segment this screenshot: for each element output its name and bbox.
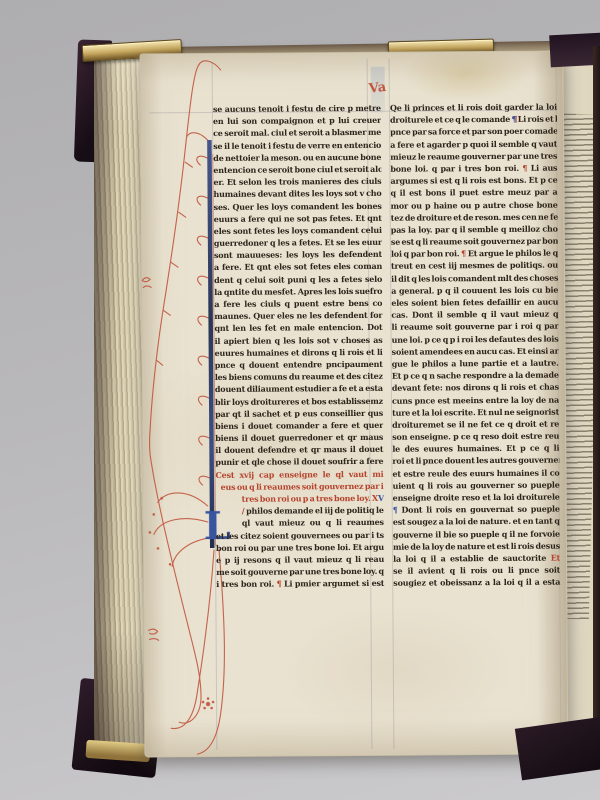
text-line: / philos demande el iij de politiq le [216,505,384,518]
text-line: se il le tenoit i festu de verre en ente… [213,139,381,152]
text-line: ¶ Dont li rois en gouvernat so pueple [393,504,560,517]
text-segment: Li rois et li [518,114,557,124]
text-line: il apiert bien q les lois sot v choses a… [215,334,383,347]
text-segment: q il est bons il puet estre meuz par a [390,187,557,198]
text-segment: i tres bon roi. [216,579,276,589]
text-line: est sougez a la loi de nature. et en tan… [393,516,560,529]
text-segment: ¶ [277,579,284,589]
text-line: argumes si est q li rois est bons. Et p … [390,175,557,188]
text-line: une loi. p ce q p i roi les defautes des… [392,333,559,346]
text-line: la qntite du mesfet. Apres les lois suef… [214,286,382,299]
text-segment: euures humaines et dirons q li rois et l… [215,347,383,358]
right-text-column: Qe li princes et li rois doit garder la … [390,102,560,591]
book-cover-right-edge [593,46,600,756]
text-segment: punir et qle chose il douet soufrir a fe… [215,456,383,467]
text-segment: biens il douet guerredoner et qr maus [215,432,383,443]
text-segment: son enseigne. p ce q reso doit estre reu [392,431,559,442]
text-segment: eles soient bien fetes defaillir en aucu [391,297,558,308]
text-segment: a fere les ciuls q puent estre bens co [214,298,382,309]
text-segment: ture et la loi escrite. Et nul ne seigno… [392,406,559,417]
text-segment: se il avient q li rois ou li pnce soit [393,565,560,576]
text-line: biens i douet comander a fere et quer [215,420,383,433]
text-segment: il apiert bien q les lois sot v choses a… [215,334,383,345]
text-segment: Et p ce q n sache respondre a la demade [392,370,559,381]
text-line: eles sont fetes les loys comandent celui [214,225,382,238]
text-line: eus ou q li reaumes soit gouvernez par i [216,481,384,494]
text-line: la loi q il a establie de sauctorite Et [393,553,560,566]
text-segment: biens i douet comander a fere et quer [215,420,383,431]
text-segment: pnce par sa force et par son poer comade [390,126,557,137]
text-line: a fere. Et qnt eles sot fetes eles coman [214,261,382,274]
text-segment: le des euures humaines. Et p ce q li [392,443,559,454]
text-line: entencion ce seroit bone ciul et seroit … [213,164,381,177]
text-line: loi q par bon roi. ¶ Et argue le philos … [391,248,558,261]
text-segment: droiturele et ce q le comande [390,114,512,125]
left-text-column: se aucuns tenoit i festu de cire p metre… [213,103,384,592]
text-segment: e p ij resons q il vaut mieuz q li reau [216,554,384,565]
text-line: punir et qle chose il douet soufrir a fe… [215,456,383,469]
text-segment: qnt len les fet en male entencion. Dot [214,322,382,333]
text-line: droiturele et ce q le comande ¶ Li rois … [390,114,557,127]
text-line: bone loi. q par i tres bon roi. ¶ Li aus [390,163,557,176]
text-segment: roi et li pnce douent les autres gouvern… [392,455,559,466]
text-segment: soient amendees en aucu cas. Et einsi ar [392,345,559,356]
text-line: douent diliaument estudier a fe et a est… [215,383,383,396]
text-line: me soit gouverne par une tres bone loy. … [216,566,384,579]
text-line: uient q li rois au gouverner so pueple [393,479,560,492]
text-segment: tez de droiture et de reson. mes cen ne … [391,211,558,222]
text-line: dent q celui soit puni q les a fetes sel… [214,273,382,286]
text-segment: blir loys droitureres et bos establissem… [215,395,383,406]
text-line: i tres bon roi. ¶ Li pmier argumet si es… [216,578,384,591]
text-segment: treut en cest iij mesmes de politiqs. ou [391,260,558,271]
text-segment: ql vaut mieuz ou q li reaumes [242,517,384,528]
text-segment: maunes. Quer eles ne les defendent for [214,310,382,321]
text-segment: ¶ [393,505,402,515]
text-line: ce seroit mal. ciul et seroit a blasmer … [213,127,381,140]
text-segment: gue le philos a lune partie et a lautre. [392,358,559,369]
text-line: humaines devant dites les loys sot v cho [213,188,381,201]
text-segment: en lui son compaignon et p lui creuer [213,115,381,126]
text-line: il douent defendre et qr maus il douet [215,444,383,457]
text-line: cas. Dont il semble q il vaut mieuz q [391,309,558,322]
text-line: qnt len les fet en male entencion. Dot [214,322,382,335]
text-segment: droituremet se il ne fet ce q droit et r… [392,418,559,429]
text-segment: sont mauueses: les loys les defendent [214,249,382,260]
text-segment: il douent defendre et qr maus il douet [215,444,383,455]
text-segment: dent q celui soit puni q les a fetes sel… [214,273,382,284]
text-line: se est q li reaume soit gouvernez par bo… [391,236,558,249]
text-segment: enseigne droite reso et la loi droiturel… [393,492,560,503]
text-line: a fere et agarder p quoi il semble q vau… [390,138,557,151]
text-line: mie de la loy de nature et est li rois d… [393,540,560,553]
text-line: il dit q les lois comandent mlt des chos… [391,272,558,285]
text-line: en lui son compaignon et p lui creuer [213,115,381,128]
text-segment: Dont li rois en gouvernat so pueple [401,504,559,515]
text-segment: se il le tenoit i festu de verre en ente… [213,139,381,150]
text-line: gue le philos a lune partie et a lautre. [392,358,559,371]
text-line: le des euures humaines. Et p ce q li [392,443,559,456]
text-segment: me soit gouverne par une tres bone loy. … [216,566,384,577]
text-line: biens il douet guerredoner et qr maus [215,432,383,445]
text-line: Cest xvij cap enseigne le ql vaut mi [215,468,383,481]
text-segment: par qt il sachet et p eus conseillier qu… [215,407,383,418]
text-line: eles soient bien fetes defaillir en aucu [391,297,558,310]
text-segment: les biens comuns du reaume et des citez [215,371,383,382]
text-line: sont mauueses: les loys les defendent [214,249,382,262]
text-segment: bon roi ou par une tres bone loi. Et arg… [216,542,384,553]
text-segment: tres bon roi ou p a tres bone loy. [242,493,372,504]
text-segment: li reaume soit gouverne par i roi q par [391,321,558,332]
text-segment: bone loi. q par i tres bon roi. [390,163,522,174]
text-segment: cas. Dont il semble q il vaut mieuz q [391,309,558,320]
text-line: mieuz le reaume gouverner par une tres [390,150,557,163]
text-line: pnce q douent entendre pncipaument [215,359,383,372]
text-line: euures humaines et dirons q li rois et l… [215,347,383,360]
text-segment: a fere et agarder p quoi il semble q vau… [390,138,557,149]
text-segment: entencion ce seroit bone ciul et seroit … [213,164,381,175]
text-segment: cuns pnce est meeins entre la loy de na [392,394,559,405]
text-line: et estre reule des euurs humaines il co [392,467,559,480]
text-segment: a general. p q il couuent les lois cu bi… [391,284,558,295]
text-segment: argumes si est q li rois est bons. Et p … [390,175,557,186]
text-line: tres bon roi ou p a tres bone loy. XVII [216,493,384,506]
text-line: pnce par sa force et par son poer comade [390,126,557,139]
text-line: gouverne il bie so pueple q il ne forvoi… [393,528,560,541]
text-segment: Qe li princes et li rois doit garder la … [390,102,557,113]
text-segment: sougiez et obeissanz a la loi q il a est… [393,577,560,588]
text-line: les biens comuns du reaume et des citez [215,371,383,384]
text-line: par qt il sachet et p eus conseillier qu… [215,407,383,420]
text-segment: Cest xvij cap enseigne le ql vaut mi [215,468,383,479]
text-line: Et p ce q n sache respondre a la demade [392,370,559,383]
text-segment: philos demande el iij de politiq le [246,505,384,516]
text-segment: pnce q douent entendre pncipaument [215,359,383,370]
text-line: soient amendees en aucu cas. Et einsi ar [392,345,559,358]
text-segment: mie de la loy de nature et est li rois d… [393,540,560,551]
text-line: e p ij resons q il vaut mieuz q li reau [216,554,384,567]
quire-mark-text: Va [368,80,387,97]
text-segment: et estre reule des euurs humaines il co [392,467,559,478]
text-segment: devant fete: nos dirons q li rois et cha… [392,382,559,393]
text-segment: uient q li rois au gouverner so pueple [393,479,560,490]
text-line: devant fete: nos dirons q li rois et cha… [392,382,559,395]
text-line: pas la loy. par q il semble q meilloz ch… [391,223,558,236]
text-line: son enseigne. p ce q reso doit estre reu [392,431,559,444]
text-line: a fere les ciuls q puent estre bens co [214,298,382,311]
text-line: blir loys droitureres et bos establissem… [215,395,383,408]
text-line: enseigne droite reso et la loi droiturel… [393,492,560,505]
text-segment: pas la loy. par q il semble q meilloz ch… [391,223,558,234]
text-line: roi et li pnce douent les autres gouvern… [392,455,559,468]
text-segment: a fere. Et qnt eles sot fetes eles coman [214,261,382,272]
text-segment: mieuz le reaume gouverner par une tres [390,150,557,161]
text-line: maunes. Quer eles ne les defendent for [214,310,382,323]
text-segment: une loi. p ce q p i roi les defautes des… [392,333,559,344]
text-segment: humaines devant dites les loys sot v cho [213,188,381,199]
text-segment: se aucuns tenoit i festu de cire p metre [213,103,381,114]
text-segment: douent diliaument estudier a fe et a est… [215,383,383,394]
text-line: li reaume soit gouverne par i roi q par [391,321,558,334]
text-segment: il dit q les lois comandent mlt des chos… [391,272,558,283]
text-segment: eus ou q li reaumes soit gouvernez par i [221,481,384,492]
text-line: euurs a fere qui ne sot pas fetes. Et qn… [214,212,382,225]
text-segment: eles sont fetes les loys comandent celui [214,225,382,236]
text-segment: er. Et selon les trois manieres des ciul… [213,176,381,187]
text-segment: se est q li reaume soit gouvernez par bo… [391,236,558,247]
text-line: cuns pnce est meeins entre la loy de na [392,394,559,407]
text-line: tez de droiture et de reson. mes cen ne … [391,211,558,224]
text-line: treut en cest iij mesmes de politiqs. ou [391,260,558,273]
text-line: ql vaut mieuz ou q li reaumes [216,517,384,530]
text-segment: la qntite du mesfet. Apres les lois suef… [214,286,382,297]
text-segment: mor ou p haine ou p autre chose bone [391,199,558,210]
text-line: ture et la loi escrite. Et nul ne seigno… [392,406,559,419]
text-segment: gouverne il bie so pueple q il ne forvoi… [393,528,560,539]
manuscript-page: Va [140,51,569,758]
text-line: de nettoier la meson. ou en aucune bone [213,152,381,165]
text-line: et les citez soient gouvernees ou par i … [216,529,384,542]
text-line: a general. p q il couuent les lois cu bi… [391,284,558,297]
text-segment: ce seroit mal. ciul et seroit a blasmer … [213,127,381,138]
text-line: bon roi ou par une tres bone loi. Et arg… [216,542,384,555]
text-segment: ses. Quer les loys comandent les bones [214,200,382,211]
text-line: sougiez et obeissanz a la loi q il a est… [393,577,560,590]
text-segment: Et [551,553,560,563]
text-line: q il est bons il puet estre meuz par a [390,187,557,200]
text-segment: Li pmier argumet si est [284,578,384,589]
text-segment: guerredoner q les a fetes. Et se les euu… [214,237,382,248]
text-line: guerredoner q les a fetes. Et se les euu… [214,237,382,250]
text-segment: Et argue le philos le q [468,248,558,259]
text-line: Qe li princes et li rois doit garder la … [390,102,557,115]
text-segment: la loi q il a establie de sauctorite [393,553,551,564]
text-line: se il avient q li rois ou li pnce soit [393,565,560,578]
text-line: se aucuns tenoit i festu de cire p metre [213,103,381,116]
text-segment: et les citez soient gouvernees ou par i … [216,529,384,540]
text-line: droituremet se il ne fet ce q droit et r… [392,418,559,431]
text-segment: est sougez a la loi de nature. et en tan… [393,516,560,527]
text-segment: loi q par bon roi. [391,248,461,258]
text-segment: euurs a fere qui ne sot pas fetes. Et qn… [214,212,382,223]
text-segment: de nettoier la meson. ou en aucune bone [213,152,381,163]
manuscript-photo-scene: Va [0,0,600,800]
text-line: mor ou p haine ou p autre chose bone [391,199,558,212]
text-line: ses. Quer les loys comandent les bones [214,200,382,213]
text-segment: Li aus [531,163,558,173]
text-line: er. Et selon les trois manieres des ciul… [213,176,381,189]
